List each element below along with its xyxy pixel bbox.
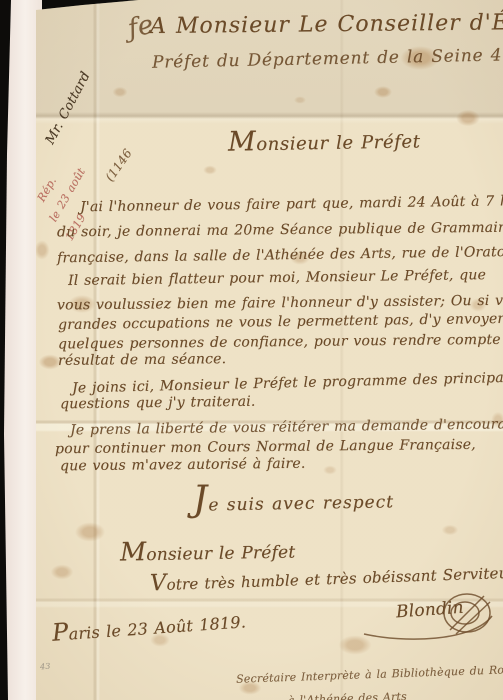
pencil-mark: 43 [40, 662, 51, 672]
body-p1-l3: française, dans la salle de l'Athénée de… [57, 244, 503, 267]
scanned-letter: ƒe A Monsieur Le Conseiller d'État Préfe… [0, 0, 503, 700]
closing-respect-line: Je suis avec respect [193, 485, 394, 516]
address-line-1: A Monsieur Le Conseiller d'État [150, 10, 503, 39]
body-p1-l2: du soir, je donnerai ma 20me Séance publ… [57, 220, 503, 241]
annotation-registry-number: (1146 [103, 146, 135, 184]
body-p2-l3: grandes occupations ne vous le permetten… [58, 311, 503, 333]
body-p2-l4: quelques personnes de confiance, pour vo… [58, 332, 503, 353]
body-p2-l5: résultat de ma séance. [58, 351, 226, 369]
body-p4-l3: que vous m'avez autorisé à faire. [60, 456, 306, 475]
body-p3-l1: Je joins ici, Monsieur le Préfet le prog… [72, 369, 503, 396]
sender-title-line: Secrétaire Interprète à la Bibliothèque … [236, 663, 503, 685]
letter-paper: ƒe A Monsieur Le Conseiller d'État Préfe… [36, 0, 503, 700]
body-p2-l1: Il serait bien flatteur pour moi, Monsie… [68, 267, 486, 289]
body-p1-l1: J'ai l'honneur de vous faire part que, m… [80, 193, 503, 216]
sender-title-line-2: à l'Athénée des Arts [288, 690, 407, 700]
body-p4-l2: pour continuer mon Cours Normal de Langu… [55, 437, 476, 457]
address-line-2: Préfet du Département de la Seine 4. [152, 45, 503, 72]
signature-paraph-flourish [360, 588, 500, 646]
place-date-line: Paris le 23 Août 1819. [52, 611, 247, 644]
body-p3-l2: questions que j'y traiterai. [60, 394, 256, 413]
body-p2-l2: vous voulussiez bien me faire l'honneur … [57, 293, 503, 314]
backing-page [0, 0, 42, 700]
annotation-recipient-name: Mr. Cottard [43, 69, 94, 147]
salutation-line: Monsieur le Préfet [228, 130, 421, 155]
body-p4-l1: Je prens la liberté de vous réitérer ma … [70, 416, 503, 439]
closing-addressee-line: Monsieur le Préfet [120, 541, 296, 565]
